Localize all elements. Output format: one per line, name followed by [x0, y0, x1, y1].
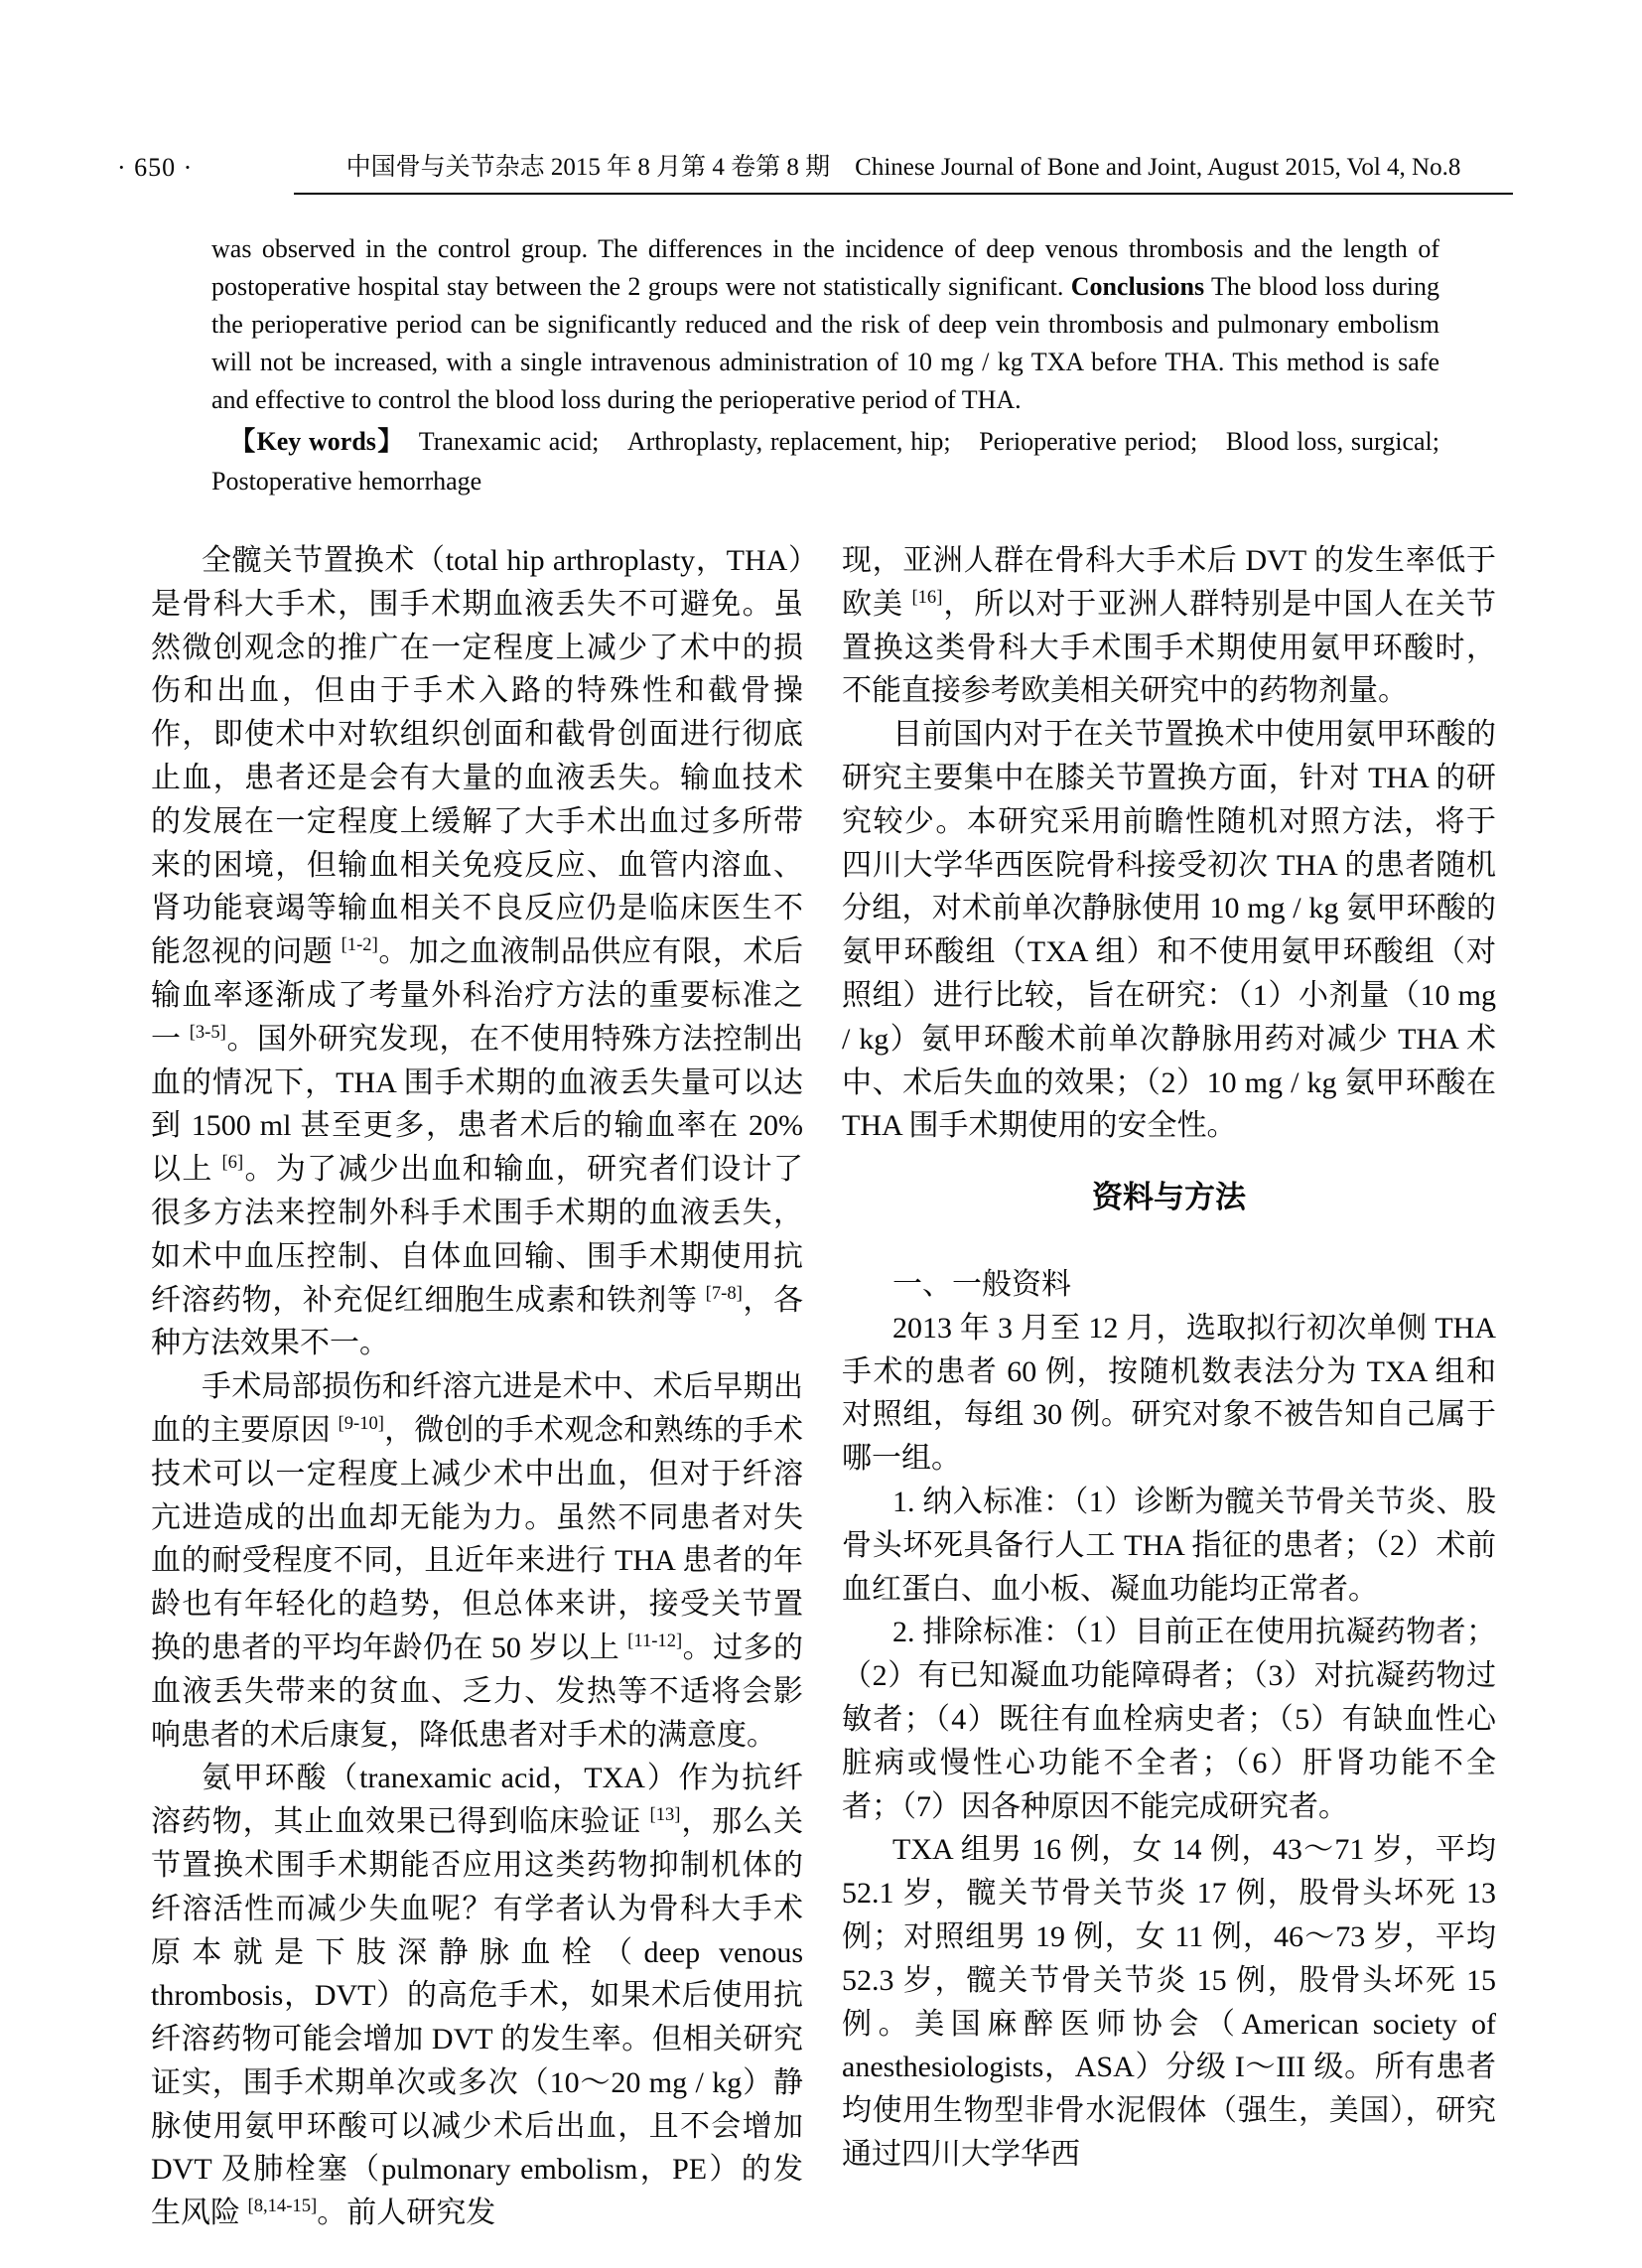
body-paragraph: 2. 排除标准：（1）目前正在使用抗凝药物者；（2）有已知凝血功能障碍者；（3）…	[842, 1611, 1496, 1828]
body-paragraph: 2013 年 3 月至 12 月，选取拟行初次单侧 THA 手术的患者 60 例…	[842, 1307, 1496, 1481]
abstract-bold-segment: Conclusions	[1071, 272, 1204, 301]
left-column: 全髋关节置换术（total hip arthroplasty，THA）是骨科大手…	[151, 539, 803, 2235]
body-paragraph: 手术局部损伤和纤溶亢进是术中、术后早期出血的主要原因 [9-10]，微创的手术观…	[151, 1365, 803, 1757]
subsection-heading: 一、一般资料	[842, 1263, 1496, 1307]
section-heading: 资料与方法	[842, 1176, 1496, 1219]
body-paragraph: 1. 纳入标准：（1）诊断为髋关节骨关节炎、股骨头坏死具备行人工 THA 指征的…	[842, 1481, 1496, 1611]
keywords-label: 【Key words】	[229, 427, 391, 456]
keywords-text: Tranexamic acid; Arthroplasty, replaceme…	[211, 427, 1439, 496]
right-column: 现，亚洲人群在骨科大手术后 DVT 的发生率低于欧美 [16]，所以对于亚洲人群…	[842, 539, 1496, 2177]
abstract-paragraph: was observed in the control group. The d…	[211, 230, 1439, 419]
keywords-paragraph: 【Key words】 Tranexamic acid; Arthroplast…	[211, 422, 1439, 501]
journal-page: · 650 · 中国骨与关节杂志 2015 年 8 月第 4 卷第 8 期 Ch…	[0, 0, 1642, 2268]
journal-title: 中国骨与关节杂志 2015 年 8 月第 4 卷第 8 期 Chinese Jo…	[294, 147, 1513, 195]
body-paragraph: 全髋关节置换术（total hip arthroplasty，THA）是骨科大手…	[151, 539, 803, 1365]
page-number: · 650 ·	[117, 153, 193, 183]
body-paragraph: 目前国内对于在关节置换术中使用氨甲环酸的研究主要集中在膝关节置换方面，针对 TH…	[842, 713, 1496, 1148]
body-paragraph: 现，亚洲人群在骨科大手术后 DVT 的发生率低于欧美 [16]，所以对于亚洲人群…	[842, 539, 1496, 713]
body-paragraph: TXA 组男 16 例，女 14 例，43～71 岁，平均 52.1 岁，髋关节…	[842, 1828, 1496, 2176]
body-paragraph: 氨甲环酸（tranexamic acid，TXA）作为抗纤溶药物，其止血效果已得…	[151, 1757, 803, 2235]
abstract-block: was observed in the control group. The d…	[211, 230, 1439, 501]
